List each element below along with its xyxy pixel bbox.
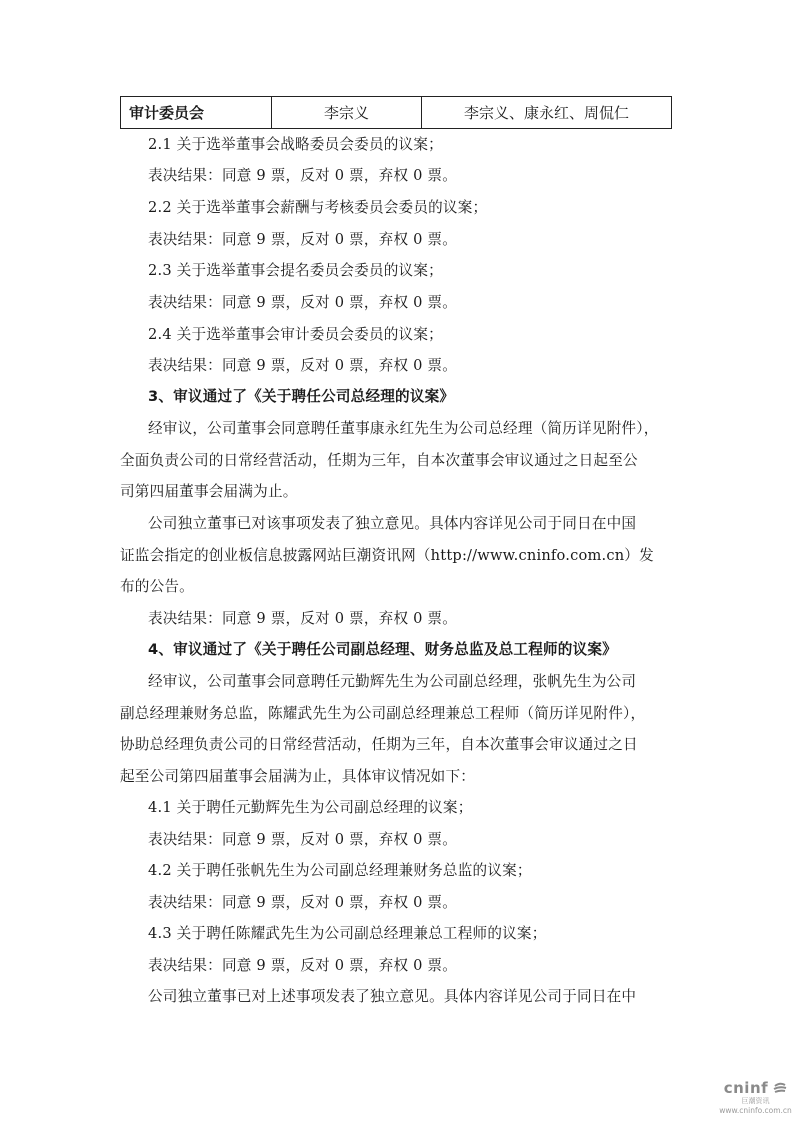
- section-4-independent-opinion-line-1: 公司独立董事已对上述事项发表了独立意见。具体内容详见公司于同日在中: [148, 987, 708, 1007]
- vote-result-2-1: 表决结果：同意 9 票，反对 0 票，弃权 0 票。: [148, 166, 708, 186]
- item-4-2: 4.2 关于聘任张帆先生为公司副总经理兼财务总监的议案；: [148, 861, 708, 881]
- cninfo-watermark: cninf 巨潮资讯 www.cninfo.com.cn: [718, 1078, 793, 1116]
- item-2-2: 2.2 关于选举董事会薪酬与考核委员会委员的议案；: [148, 198, 708, 218]
- members-cell: 李宗义、康永红、周侃仁: [422, 97, 672, 129]
- item-2-3: 2.3 关于选举董事会提名委员会委员的议案；: [148, 261, 708, 281]
- section-3-independent-opinion-line-3: 布的公告。: [120, 577, 680, 597]
- vote-result-4-3: 表决结果：同意 9 票，反对 0 票，弃权 0 票。: [148, 956, 708, 976]
- section-heading-3: 3、审议通过了《关于聘任公司总经理的议案》: [148, 387, 708, 407]
- committee-table: 审计委员会 李宗义 李宗义、康永红、周侃仁: [120, 96, 672, 129]
- section-4-text-line-4: 起至公司第四届董事会届满为止，具体审议情况如下：: [120, 767, 680, 787]
- document-page: 审计委员会 李宗义 李宗义、康永红、周侃仁 2.1 关于选举董事会战略委员会委员…: [0, 0, 793, 1122]
- item-2-4: 2.4 关于选举董事会审计委员会委员的议案；: [148, 325, 708, 345]
- section-3-independent-opinion-line-2: 证监会指定的创业板信息披露网站巨潮资讯网（http://www.cninfo.c…: [120, 546, 680, 566]
- section-heading-4: 4、审议通过了《关于聘任公司副总经理、财务总监及总工程师的议案》: [148, 640, 708, 660]
- section-4-text-line-3: 协助总经理负责公司的日常经营活动，任期为三年，自本次董事会审议通过之日: [120, 735, 680, 755]
- vote-result-2-4: 表决结果：同意 9 票，反对 0 票，弃权 0 票。: [148, 356, 708, 376]
- convener-cell: 李宗义: [272, 97, 422, 129]
- cninfo-url: www.cninfo.com.cn: [718, 1106, 793, 1116]
- item-2-1: 2.1 关于选举董事会战略委员会委员的议案；: [148, 135, 708, 155]
- section-3-text-line-1: 经审议，公司董事会同意聘任董事康永红先生为公司总经理（简历详见附件），: [148, 419, 708, 439]
- vote-result-4-2: 表决结果：同意 9 票，反对 0 票，弃权 0 票。: [148, 893, 708, 913]
- section-3-text-line-3: 司第四届董事会届满为止。: [120, 482, 680, 502]
- section-3-independent-opinion-line-1: 公司独立董事已对该事项发表了独立意见。具体内容详见公司于同日在中国: [148, 514, 708, 534]
- item-4-1: 4.1 关于聘任元勤辉先生为公司副总经理的议案；: [148, 798, 708, 818]
- vote-result-4-1: 表决结果：同意 9 票，反对 0 票，弃权 0 票。: [148, 830, 708, 850]
- vote-result-3: 表决结果：同意 9 票，反对 0 票，弃权 0 票。: [148, 609, 708, 629]
- section-4-text-line-1: 经审议，公司董事会同意聘任元勤辉先生为公司副总经理，张帆先生为公司: [148, 672, 708, 692]
- cninfo-brand-text: cninf: [724, 1079, 768, 1097]
- table-row: 审计委员会 李宗义 李宗义、康永红、周侃仁: [121, 97, 672, 129]
- cninfo-swirl-icon: [773, 1082, 787, 1094]
- section-3-text-line-2: 全面负责公司的日常经营活动，任期为三年，自本次董事会审议通过之日起至公: [120, 451, 680, 471]
- committee-name-cell: 审计委员会: [121, 97, 272, 129]
- item-4-3: 4.3 关于聘任陈耀武先生为公司副总经理兼总工程师的议案；: [148, 924, 708, 944]
- vote-result-2-2: 表决结果：同意 9 票，反对 0 票，弃权 0 票。: [148, 230, 708, 250]
- section-4-text-line-2: 副总经理兼财务总监，陈耀武先生为公司副总经理兼总工程师（简历详见附件），: [120, 704, 680, 724]
- vote-result-2-3: 表决结果：同意 9 票，反对 0 票，弃权 0 票。: [148, 293, 708, 313]
- cninfo-chinese-name: 巨潮资讯: [718, 1097, 793, 1106]
